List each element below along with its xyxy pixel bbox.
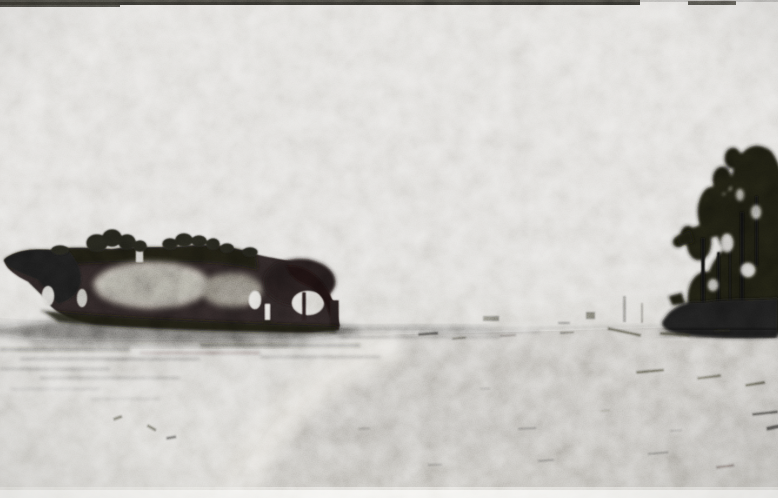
vignette bbox=[0, 0, 778, 498]
photograph bbox=[0, 0, 778, 498]
beach-scene-svg bbox=[0, 0, 778, 498]
